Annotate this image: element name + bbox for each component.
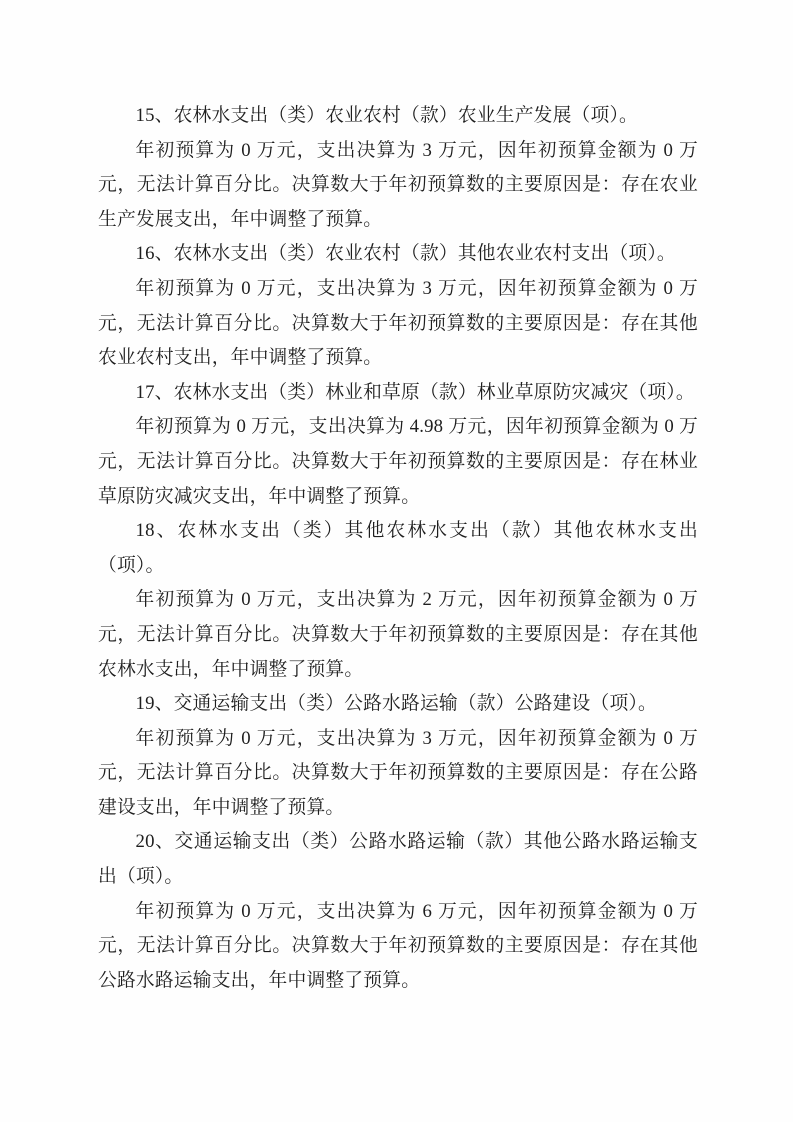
budget-item-20-body: 年初预算为 0 万元，支出决算为 6 万元，因年初预算金额为 0 万元，无法计算… [98, 895, 698, 999]
budget-item-20-heading: 20、交通运输支出（类）公路水路运输（款）其他公路水路运输支出（项）。 [98, 825, 698, 894]
budget-item-16-heading: 16、农林水支出（类）农业农村（款）其他农业农村支出（项）。 [98, 237, 698, 272]
budget-item-15-heading: 15、农林水支出（类）农业农村（款）农业生产发展（项）。 [98, 99, 698, 134]
budget-item-17-body: 年初预算为 0 万元，支出决算为 4.98 万元，因年初预算金额为 0 万元，无… [98, 410, 698, 514]
budget-item-18-heading: 18、农林水支出（类）其他农林水支出（款）其他农林水支出（项）。 [98, 514, 698, 583]
budget-item-18-body: 年初预算为 0 万元，支出决算为 2 万元，因年初预算金额为 0 万元，无法计算… [98, 583, 698, 687]
budget-item-16-body: 年初预算为 0 万元，支出决算为 3 万元，因年初预算金额为 0 万元，无法计算… [98, 272, 698, 376]
budget-item-19-heading: 19、交通运输支出（类）公路水路运输（款）公路建设（项）。 [98, 687, 698, 722]
document-page: 15、农林水支出（类）农业农村（款）农业生产发展（项）。 年初预算为 0 万元，… [0, 0, 793, 1122]
budget-item-15-body: 年初预算为 0 万元，支出决算为 3 万元，因年初预算金额为 0 万元，无法计算… [98, 134, 698, 238]
budget-item-19-body: 年初预算为 0 万元，支出决算为 3 万元，因年初预算金额为 0 万元，无法计算… [98, 722, 698, 826]
document-body: 15、农林水支出（类）农业农村（款）农业生产发展（项）。 年初预算为 0 万元，… [98, 99, 698, 998]
budget-item-17-heading: 17、农林水支出（类）林业和草原（款）林业草原防灾减灾（项）。 [98, 376, 698, 411]
